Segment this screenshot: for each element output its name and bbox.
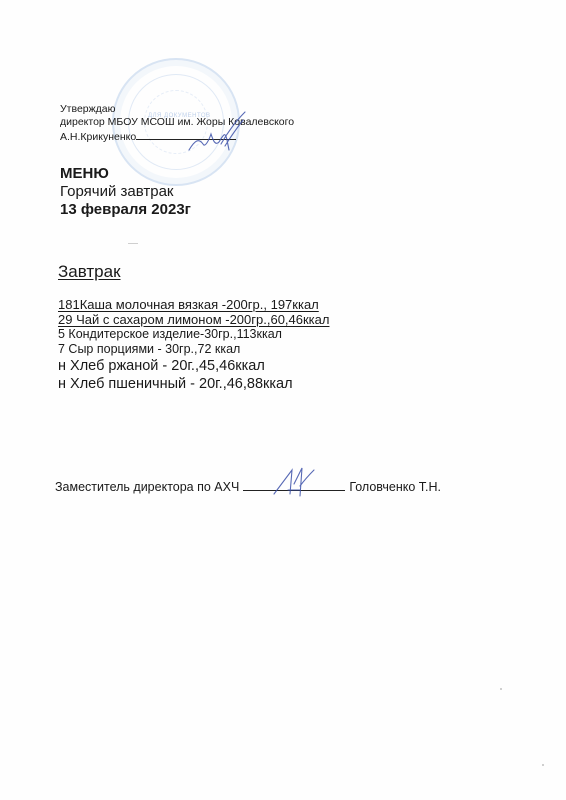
menu-item: 181Каша молочная вязкая -200гр., 197ккал <box>58 297 329 312</box>
scan-artifact <box>128 243 138 244</box>
deputy-name: Головченко Т.Н. <box>349 480 441 494</box>
approval-block: Утверждаю директор МБОУ МСОШ им. Жоры Ко… <box>60 103 294 144</box>
scan-artifact <box>542 764 544 766</box>
menu-date: 13 февраля 2023г <box>60 201 191 219</box>
menu-item: н Хлеб пшеничный - 20г.,46,88ккал <box>58 375 329 393</box>
approver-name-line: А.Н.Крикуненко <box>60 129 294 144</box>
approver-position: директор МБОУ МСОШ им. Жоры Ковалевского <box>60 116 294 129</box>
menu-items-list: 181Каша молочная вязкая -200гр., 197ккал… <box>58 297 329 393</box>
title-block: МЕНЮ Горячий завтрак 13 февраля 2023г <box>60 165 191 219</box>
footer-signature-block: Заместитель директора по АХЧГоловченко Т… <box>55 478 441 494</box>
menu-item: 5 Кондитерское изделие-30гр.,113ккал <box>58 327 329 342</box>
menu-item: 7 Сыр порциями - 30гр.,72 ккал <box>58 342 329 357</box>
signature-line <box>136 129 236 140</box>
section-title: Завтрак <box>58 262 121 282</box>
scan-artifact <box>500 688 502 690</box>
menu-item: н Хлеб ржаной - 20г.,45,46ккал <box>58 357 329 375</box>
document-page: ДЛЯ ДОКУМЕНТОВ Утверждаю директор МБОУ М… <box>0 0 566 800</box>
approver-name: А.Н.Крикуненко <box>60 131 136 143</box>
page-title: МЕНЮ <box>60 165 191 183</box>
approval-label: Утверждаю <box>60 103 294 116</box>
menu-subtitle: Горячий завтрак <box>60 183 191 201</box>
menu-item: 29 Чай с сахаром лимоном -200гр.,60,46кк… <box>58 312 329 327</box>
deputy-position: Заместитель директора по АХЧ <box>55 480 239 494</box>
signature-line <box>243 478 345 491</box>
